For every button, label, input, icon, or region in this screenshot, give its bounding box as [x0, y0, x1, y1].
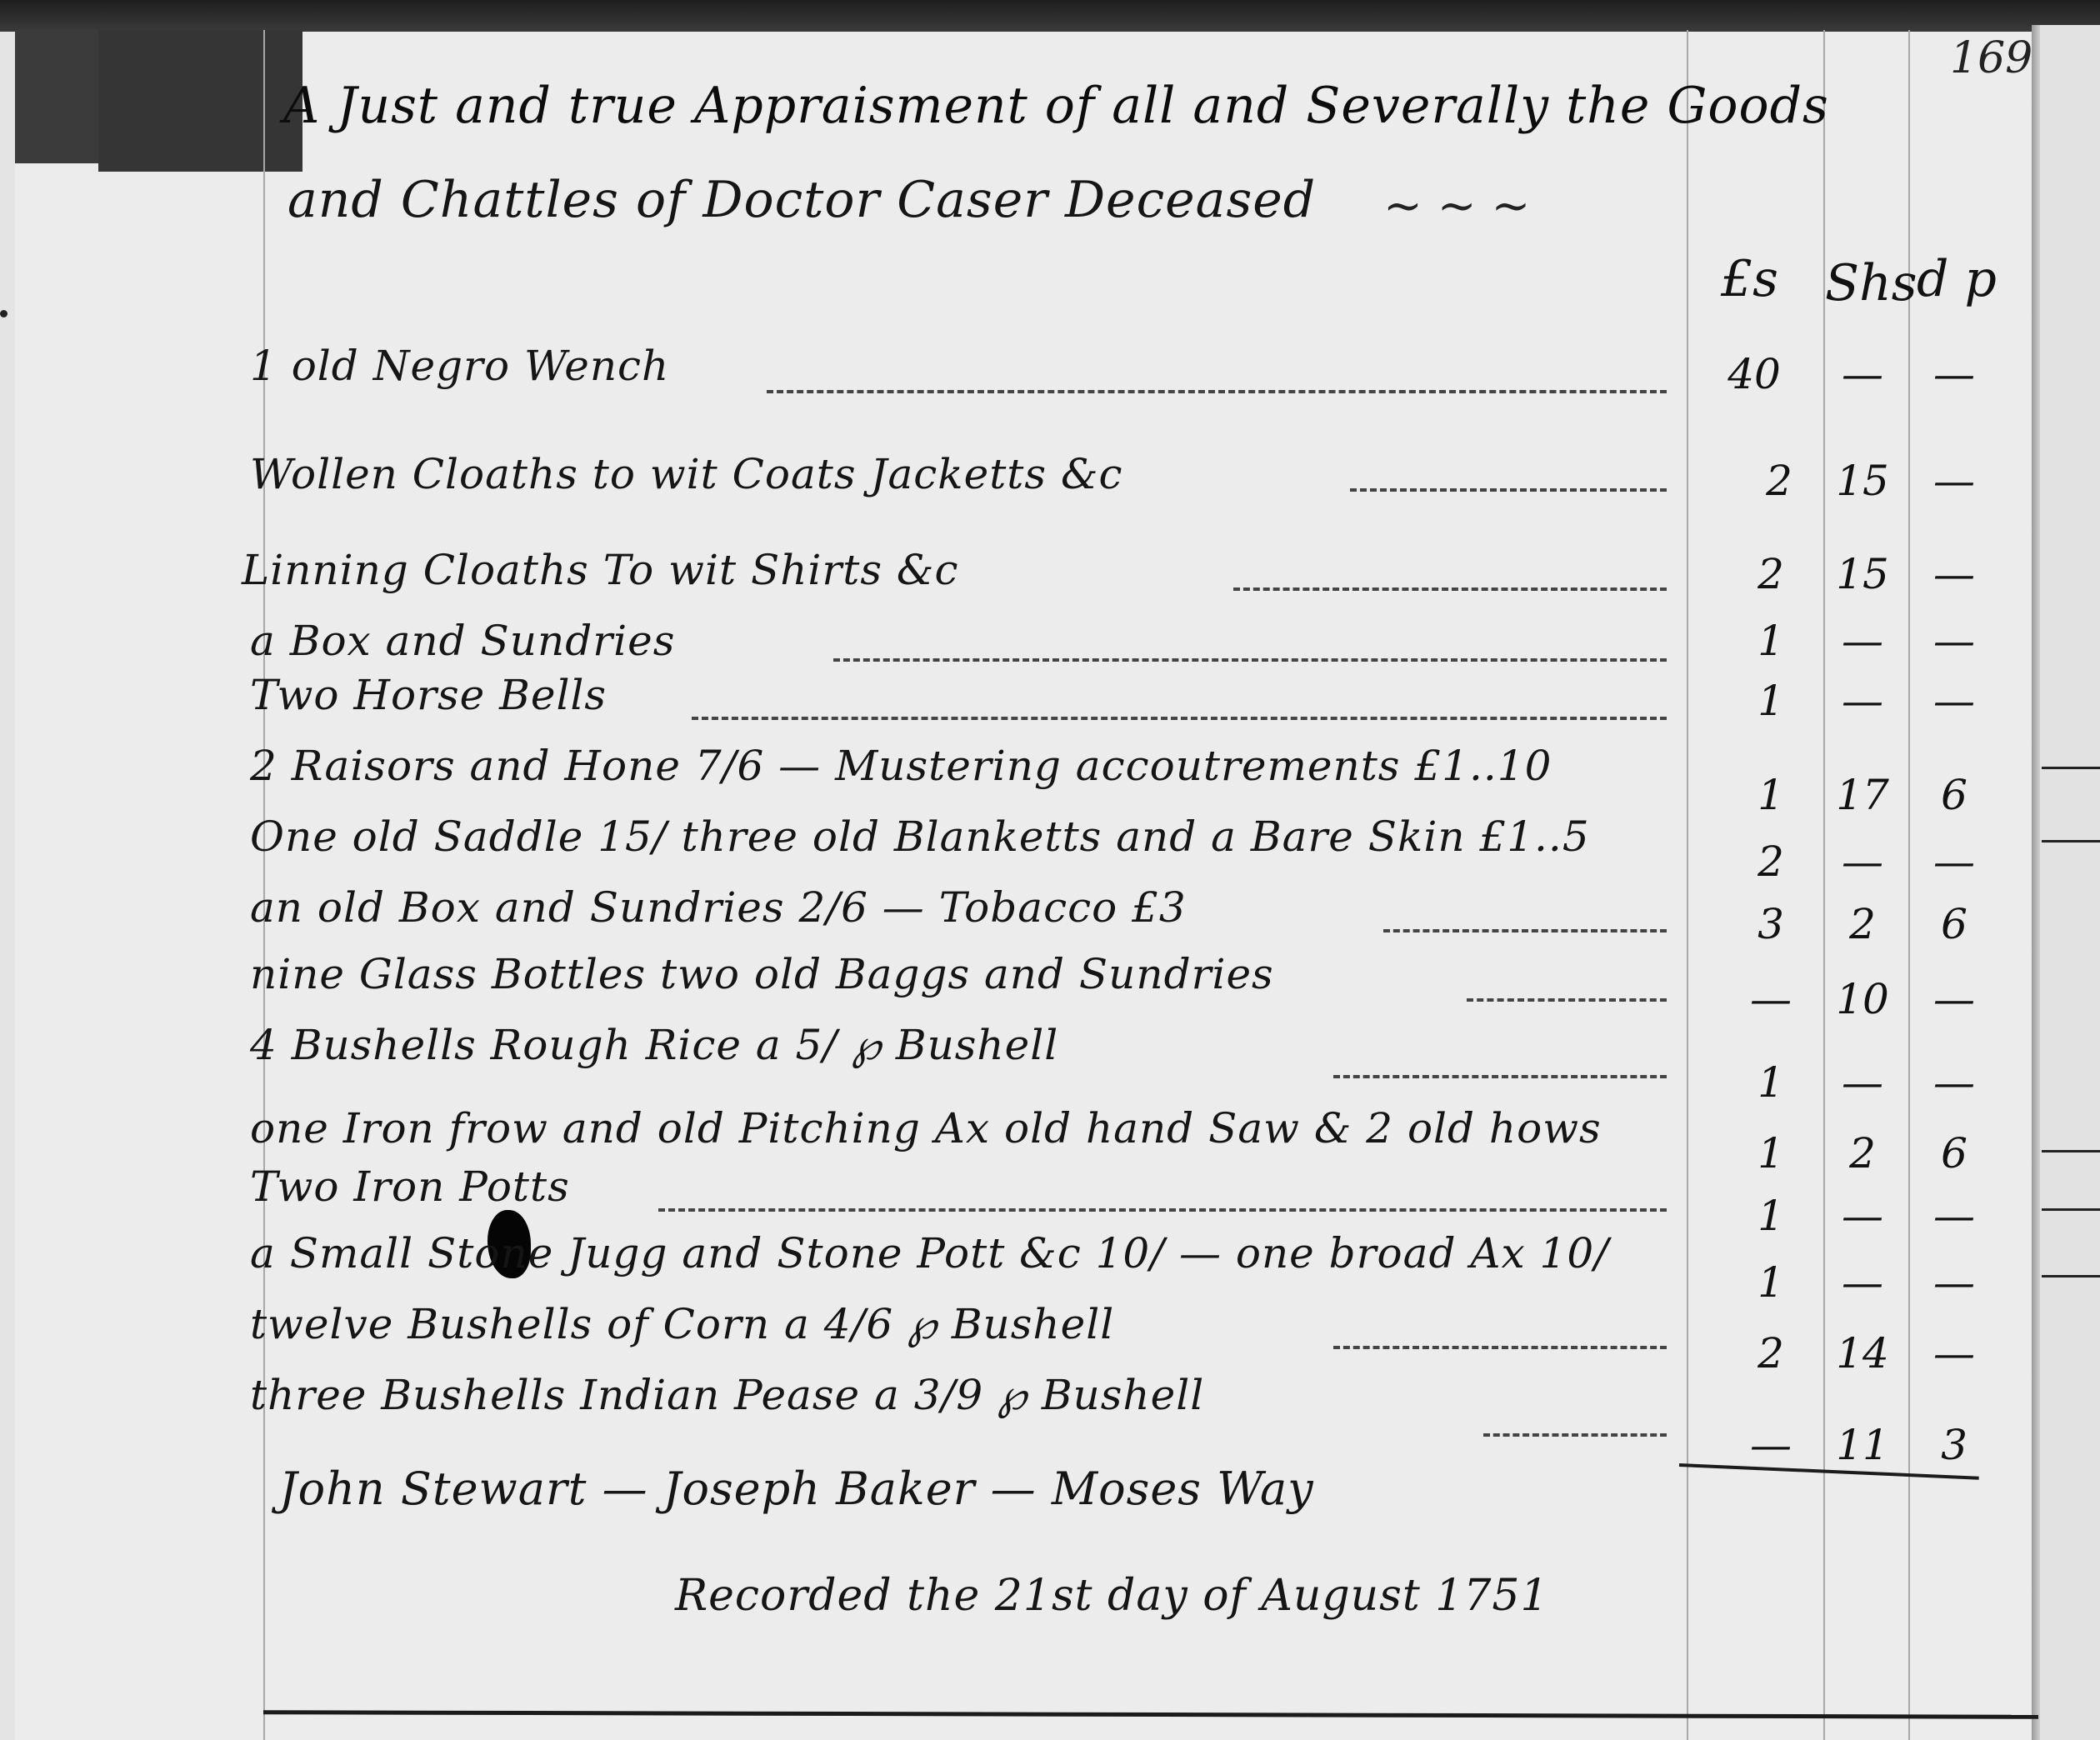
item-description: 4 Bushells Rough Rice a 5/ ℘ Bushell — [250, 1021, 1058, 1069]
item-pounds: 1 — [1733, 617, 1808, 665]
item-shillings: 17 — [1825, 771, 1900, 819]
item-pounds: — — [1733, 1421, 1808, 1469]
bottom-rule — [263, 1710, 2038, 1719]
item-pounds: 2 — [1742, 457, 1817, 505]
item-description: a Small Stone Jugg and Stone Pott &c 10/… — [250, 1229, 1609, 1277]
adjacent-page-line — [2042, 1208, 2100, 1211]
item-pounds: 1 — [1733, 1058, 1808, 1107]
adjacent-page-line — [2042, 840, 2100, 842]
item-pounds: 1 — [1733, 771, 1808, 819]
item-shillings: — — [1825, 677, 1900, 725]
item-pounds: 2 — [1733, 550, 1808, 598]
pounds-column-rule — [1687, 30, 1688, 1740]
heading-line-1: A Just and true Appraisment of all and S… — [283, 77, 1829, 135]
item-pence: — — [1917, 1192, 1992, 1240]
margin-ink-dot — [0, 310, 7, 317]
item-leader — [767, 390, 1667, 393]
item-description: One old Saddle 15/ three old Blanketts a… — [250, 812, 1590, 861]
item-shillings: 15 — [1825, 457, 1900, 505]
item-pounds: 1 — [1733, 1129, 1808, 1177]
item-description: 1 old Negro Wench — [250, 342, 669, 390]
item-leader — [1350, 488, 1667, 492]
item-leader — [1233, 587, 1667, 591]
item-shillings: — — [1825, 837, 1900, 886]
appraiser-signatures: John Stewart — Joseph Baker — Moses Way — [279, 1462, 1314, 1515]
page-edge-binding — [2032, 25, 2040, 1740]
item-pounds: 1 — [1733, 677, 1808, 725]
item-pence: — — [1917, 550, 1992, 598]
item-shillings: 2 — [1825, 1129, 1900, 1177]
item-leader — [692, 717, 1667, 720]
item-shillings: 15 — [1825, 550, 1900, 598]
item-description: Two Iron Potts — [250, 1162, 570, 1211]
column-header-pounds: £s — [1721, 250, 1778, 308]
column-header-shillings: Shs — [1825, 254, 1917, 312]
item-description: Wollen Cloaths to wit Coats Jacketts &c — [250, 450, 1122, 498]
item-pence: — — [1917, 975, 1992, 1023]
item-shillings: 14 — [1825, 1329, 1900, 1377]
item-pence: — — [1917, 1329, 1992, 1377]
item-description: nine Glass Bottles two old Baggs and Sun… — [250, 950, 1274, 998]
item-description: three Bushells Indian Pease a 3/9 ℘ Bush… — [250, 1371, 1204, 1419]
item-shillings: — — [1825, 1258, 1900, 1307]
item-pence: — — [1917, 457, 1992, 505]
item-shillings: 11 — [1825, 1421, 1900, 1469]
item-description: Linning Cloaths To wit Shirts &c — [242, 546, 958, 594]
adjacent-page-line — [2042, 1275, 2100, 1277]
item-description: one Iron frow and old Pitching Ax old ha… — [250, 1104, 1602, 1152]
item-shillings: — — [1825, 1058, 1900, 1107]
item-leader — [1467, 998, 1667, 1002]
item-pounds: 1 — [1733, 1258, 1808, 1307]
item-description: an old Box and Sundries 2/6 — Tobacco £3 — [250, 883, 1187, 932]
item-shillings: — — [1825, 350, 1900, 398]
item-description: a Box and Sundries — [250, 617, 675, 665]
item-leader — [1333, 1075, 1667, 1078]
item-leader — [1483, 1433, 1667, 1437]
item-shillings: — — [1825, 1192, 1900, 1240]
item-pounds: 2 — [1733, 837, 1808, 886]
item-pence: — — [1917, 837, 1992, 886]
item-pounds: 1 — [1733, 1192, 1808, 1240]
item-pence: — — [1917, 617, 1992, 665]
item-pence: 6 — [1917, 771, 1992, 819]
item-leader — [1333, 1346, 1667, 1349]
item-pence: 3 — [1917, 1421, 1992, 1469]
adjacent-page-line — [2042, 1150, 2100, 1152]
item-leader — [658, 1208, 1667, 1212]
item-pence: — — [1917, 677, 1992, 725]
item-leader — [833, 658, 1667, 662]
page-number: 169 — [1950, 33, 2032, 83]
item-shillings: 10 — [1825, 975, 1900, 1023]
item-description: 2 Raisors and Hone 7/6 — Mustering accou… — [250, 742, 1552, 790]
item-shillings: 2 — [1825, 900, 1900, 948]
adjacent-page — [2040, 25, 2100, 1740]
item-shillings: — — [1825, 617, 1900, 665]
item-pence: 6 — [1917, 1129, 1992, 1177]
item-pence: — — [1917, 1258, 1992, 1307]
recorded-note: Recorded the 21st day of August 1751 — [675, 1571, 1549, 1621]
adjacent-page-line — [2042, 767, 2100, 769]
item-pence: 6 — [1917, 900, 1992, 948]
item-pounds: 2 — [1733, 1329, 1808, 1377]
heading-line-2: and Chattles of Doctor Caser Deceased — [287, 171, 1316, 229]
item-leader — [1383, 929, 1667, 932]
item-pence: — — [1917, 1058, 1992, 1107]
item-pounds: 3 — [1733, 900, 1808, 948]
heading-flourish: ~ ~ ~ — [1383, 179, 1530, 233]
scan-top-shadow — [0, 0, 2100, 32]
dark-smudge-overlay-inner — [98, 30, 302, 172]
left-paper-strip — [0, 32, 15, 1740]
item-pounds: — — [1733, 975, 1808, 1023]
item-description: twelve Bushells of Corn a 4/6 ℘ Bushell — [250, 1300, 1114, 1348]
column-header-pence: d p — [1917, 250, 1997, 308]
scanned-ledger-page: 169 A Just and true Appraisment of all a… — [0, 0, 2100, 1740]
item-pounds: 40 — [1717, 350, 1792, 398]
item-description: Two Horse Bells — [250, 671, 607, 719]
item-pence: — — [1917, 350, 1992, 398]
